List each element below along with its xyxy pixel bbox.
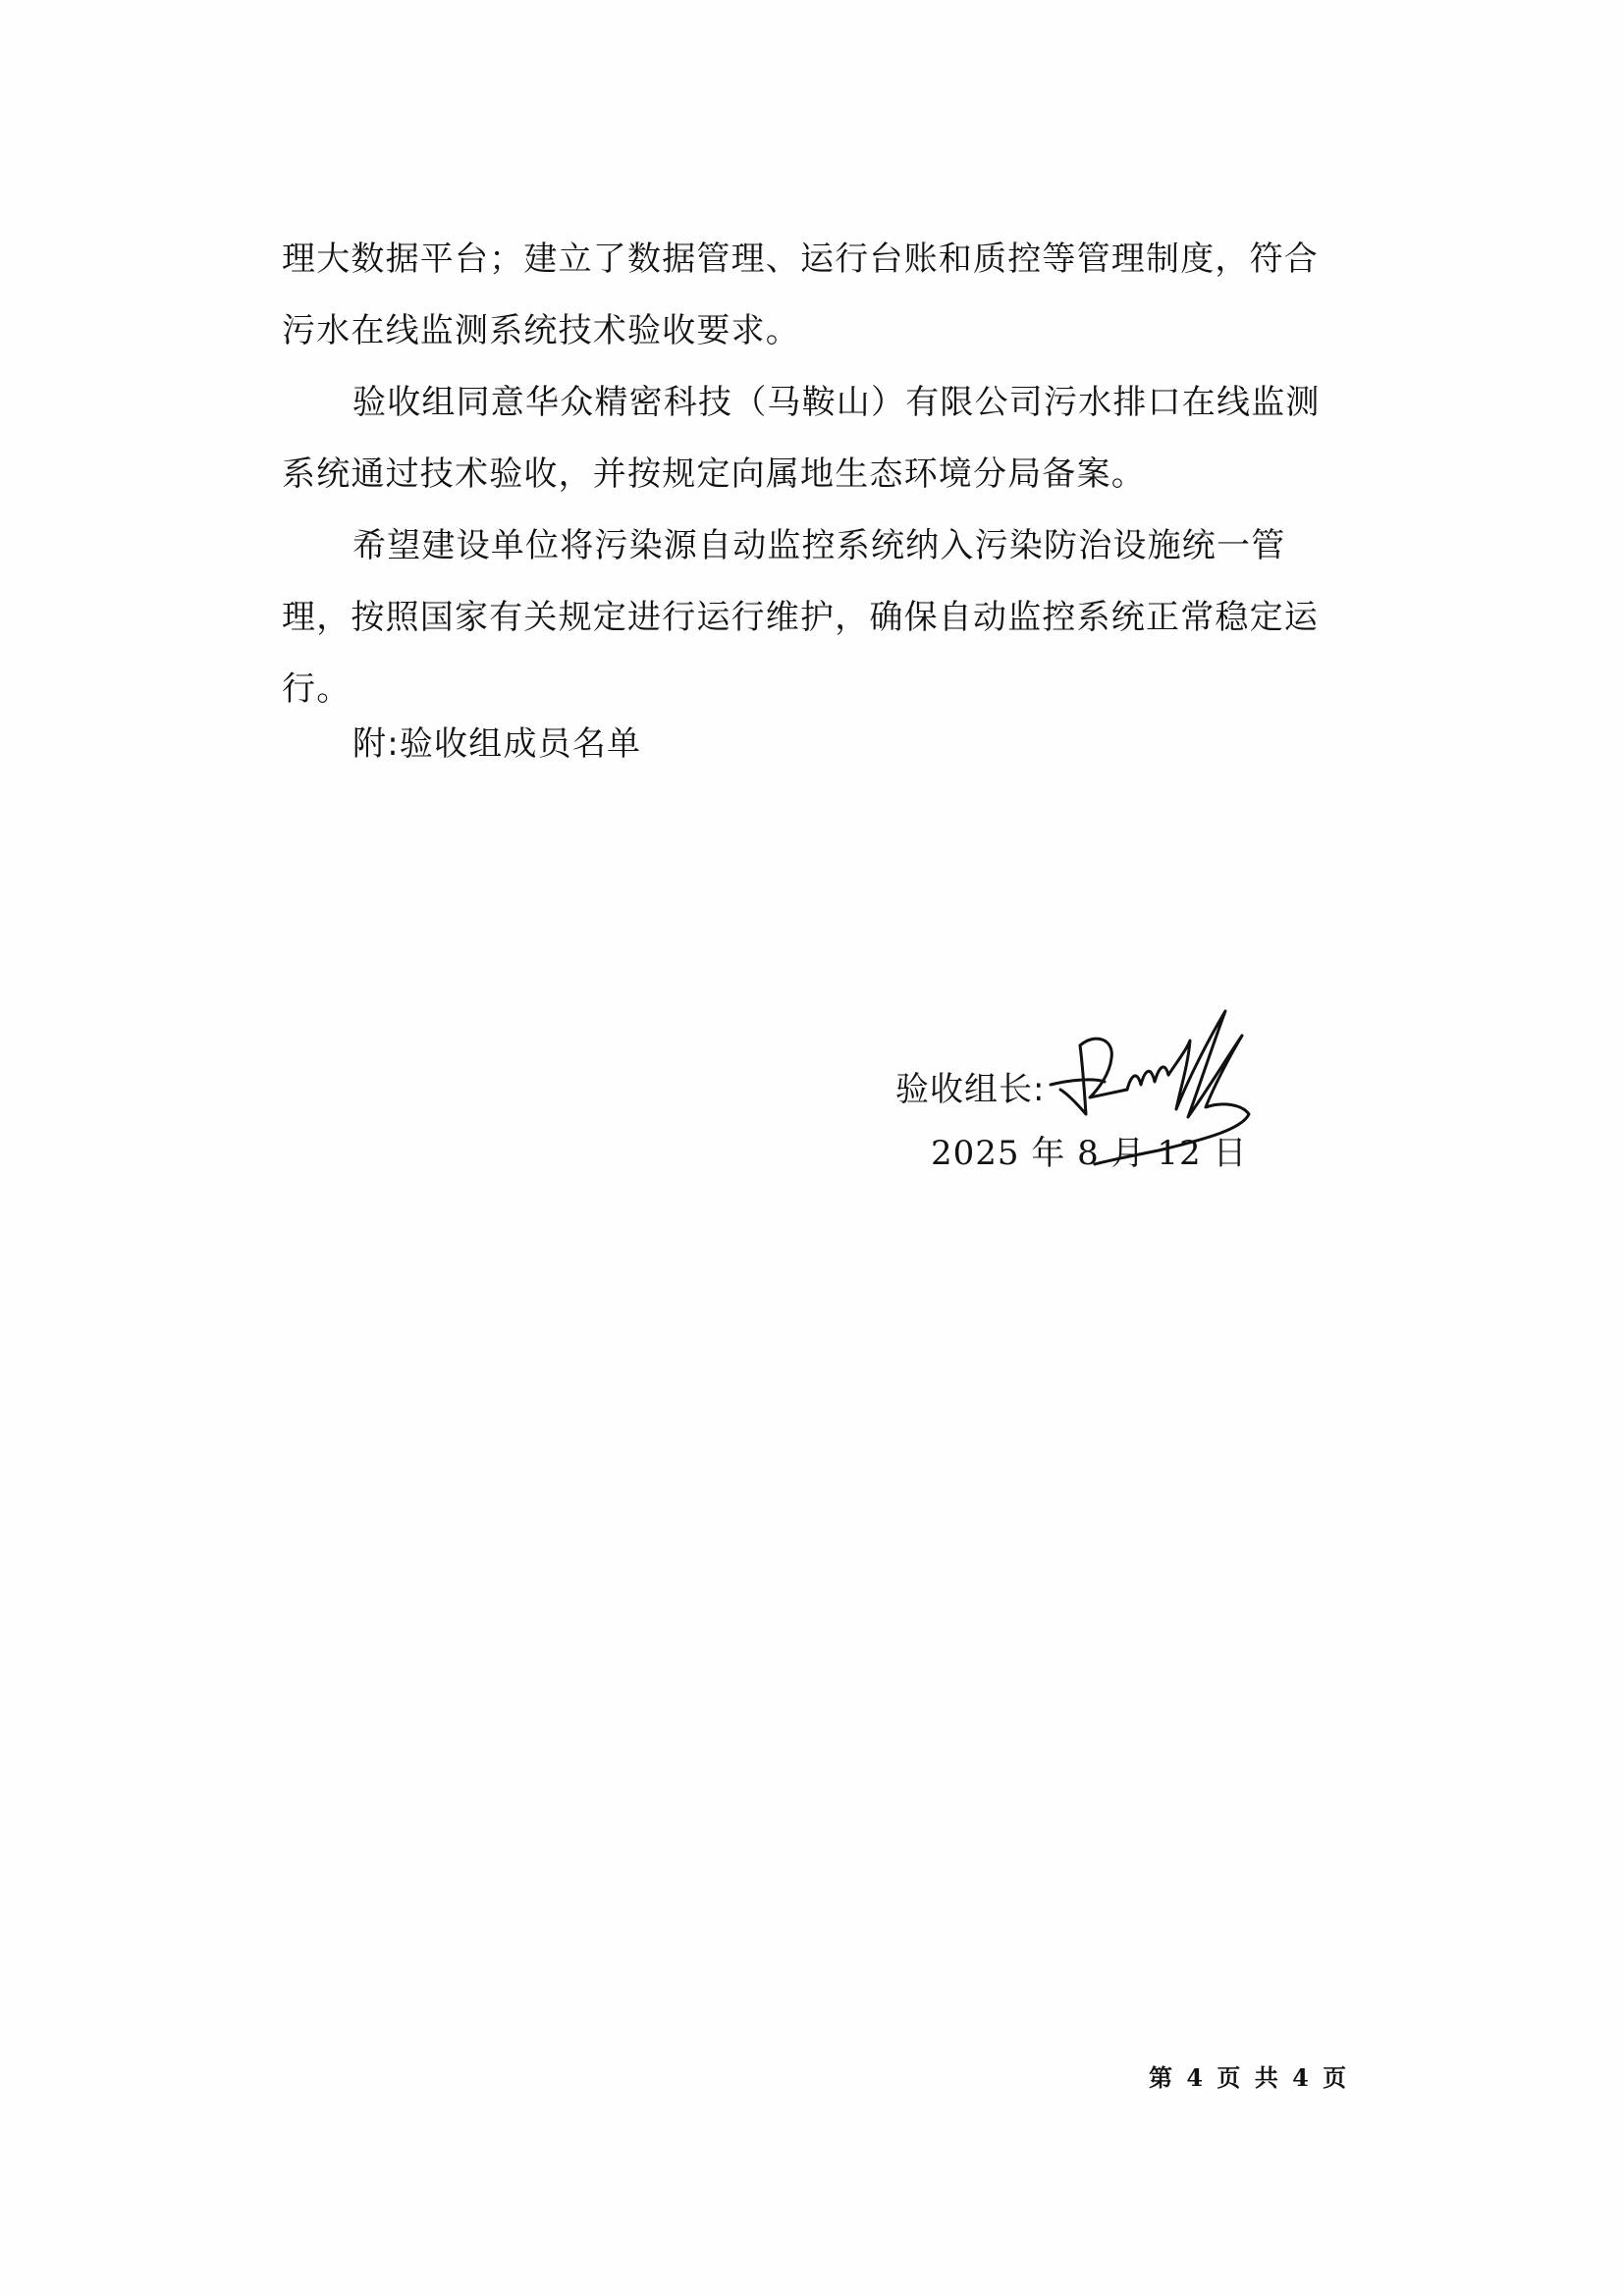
signature-label: 验收组长: [895, 1062, 1045, 1110]
paragraph-line: 系统通过技术验收，并按规定向属地生态环境分局备案。 [282, 439, 1357, 510]
body-text: 理大数据平台；建立了数据管理、运行台账和质控等管理制度，符合 污水在线监测系统技… [282, 224, 1357, 725]
paragraph-line: 理大数据平台；建立了数据管理、运行台账和质控等管理制度，符合 [282, 224, 1357, 295]
paragraph-line: 希望建设单位将污染源自动监控系统纳入污染防治设施统一管 [282, 510, 1357, 582]
paragraph-3: 希望建设单位将污染源自动监控系统纳入污染防治设施统一管 理，按照国家有关规定进行… [282, 510, 1357, 725]
paragraph-line: 污水在线监测系统技术验收要求。 [282, 295, 1357, 367]
paragraph-line: 验收组同意华众精密科技（马鞍山）有限公司污水排口在线监测 [282, 367, 1357, 439]
paragraph-2: 验收组同意华众精密科技（马鞍山）有限公司污水排口在线监测 系统通过技术验收，并按… [282, 367, 1357, 510]
attachment-note: 附:验收组成员名单 [352, 717, 641, 765]
paragraph-line: 理，按照国家有关规定进行运行维护，确保自动监控系统正常稳定运 [282, 582, 1357, 654]
page-indicator: 第 4 页 共 4 页 [1149, 2058, 1346, 2093]
document-page: 理大数据平台；建立了数据管理、运行台账和质控等管理制度，符合 污水在线监测系统技… [0, 0, 1623, 2296]
signature-date: 2025 年 8 月 12 日 [931, 1126, 1247, 1174]
paragraph-1: 理大数据平台；建立了数据管理、运行台账和质控等管理制度，符合 污水在线监测系统技… [282, 224, 1357, 367]
paragraph-line: 行。 [282, 654, 1357, 725]
